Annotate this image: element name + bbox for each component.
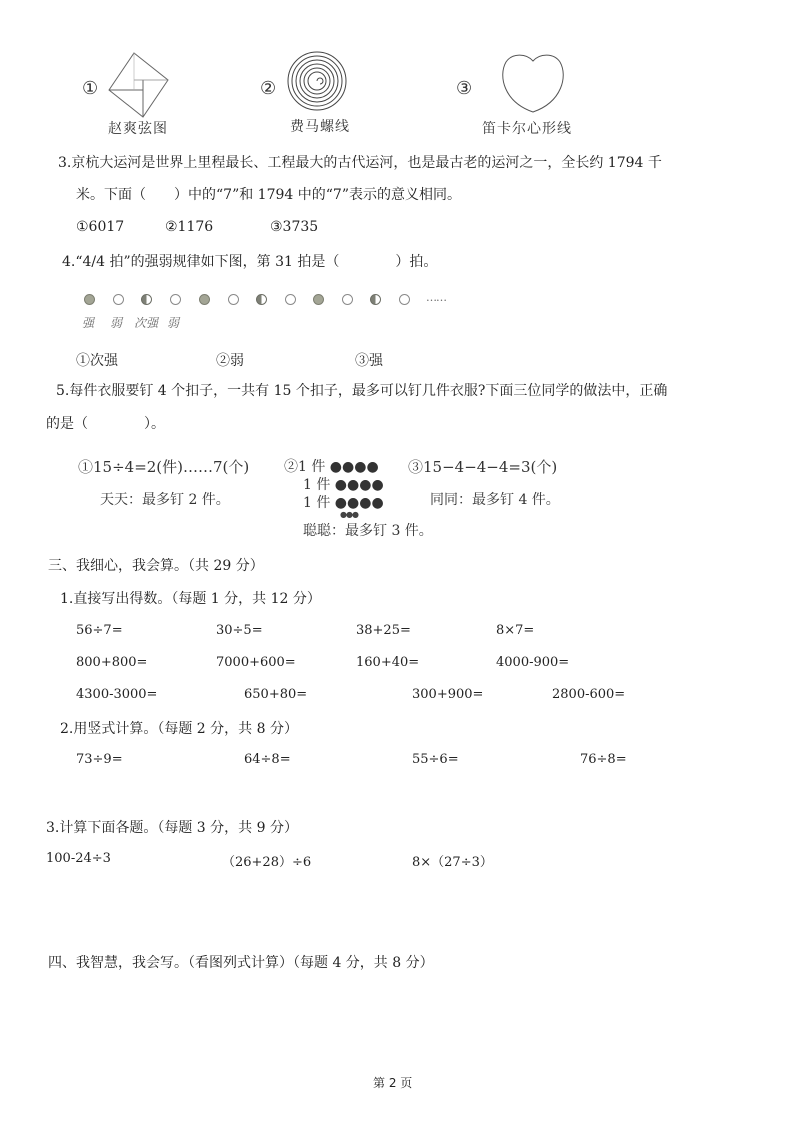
beat-secondary-strong-icon [256, 294, 267, 305]
figure-number: ② [260, 78, 276, 99]
vertical-calc-item: 76÷8= [580, 752, 627, 767]
calc-item: 30÷5= [216, 623, 263, 638]
calc-item: 800+800= [76, 655, 147, 670]
calc-item: 160+40= [356, 655, 419, 670]
calc-item: 7000+600= [216, 655, 296, 670]
beat-label: 强 [82, 314, 94, 331]
method-row: ②1 件 ●●●● [284, 456, 379, 476]
option-3: ③强 [355, 350, 383, 370]
beat-strong-icon [313, 294, 324, 305]
calc-item: 38+25= [356, 623, 411, 638]
expression-item: （26+28）÷6 [222, 851, 311, 870]
question-text: 米。下面（ ）中的“7”和 1794 中的“7”表示的意义相同。 [76, 185, 461, 205]
question-text: 4.“4/4 拍”的强弱规律如下图，第 31 拍是（ ）拍。 [62, 252, 437, 272]
figure-caption: 费马螺线 [290, 116, 350, 136]
option-3: ③3735 [270, 219, 318, 235]
option-1: ①次强 [76, 350, 118, 370]
section-4-title: 四、我智慧，我会写。（看图列式计算）（每题 4 分，共 8 分） [48, 953, 434, 973]
option-1: ①6017 [76, 219, 124, 235]
zhao-shuang-diagram-icon [108, 52, 170, 118]
method-answer: 聪聪：最多钉 3 件。 [303, 520, 433, 540]
calc-item: 300+900= [412, 687, 483, 702]
beat-secondary-strong-icon [370, 294, 381, 305]
question-text: 5.每件衣服要钉 4 个扣子，一共有 15 个扣子，最多可以钉几件衣服?下面三位… [56, 381, 667, 401]
vertical-calc-item: 64÷8= [244, 752, 291, 767]
beat-weak-icon [399, 294, 410, 305]
figure-caption: 笛卡尔心形线 [482, 118, 572, 138]
question-text: 3.京杭大运河是世界上里程最长、工程最大的古代运河，也是最古老的运河之一，全长约… [58, 153, 662, 173]
cardioid-icon [500, 52, 566, 114]
question-text: 的是（ ）。 [46, 414, 165, 434]
fermat-spiral-icon [286, 50, 348, 112]
figure-number: ① [82, 78, 98, 99]
option-2: ②弱 [216, 350, 244, 370]
beat-weak-icon [170, 294, 181, 305]
section-title: 三、我细心，我会算。（共 29 分） [48, 556, 264, 576]
option-2: ②1176 [165, 219, 213, 235]
method-answer: 天天：最多钉 2 件。 [100, 489, 230, 509]
vertical-calc-item: 73÷9= [76, 752, 123, 767]
figure-number: ③ [456, 78, 472, 99]
method-row: 1 件 ●●●● [303, 492, 384, 512]
beat-weak-icon [113, 294, 124, 305]
beat-label: 弱 [167, 314, 179, 331]
figure-caption: 赵爽弦图 [108, 118, 168, 138]
part-title: 1.直接写出得数。（每题 1 分，共 12 分） [60, 589, 321, 609]
calc-item: 56÷7= [76, 623, 123, 638]
remainder-dots: ●●● [340, 510, 358, 519]
beat-strong-icon [84, 294, 95, 305]
calc-item: 4300-3000= [76, 687, 157, 702]
ellipsis: …… [426, 291, 446, 304]
calc-item: 4000-900= [496, 655, 569, 670]
beat-secondary-strong-icon [141, 294, 152, 305]
method-formula: ③15−4−4−4=3(个) [408, 456, 557, 477]
calc-item: 8×7= [496, 623, 534, 638]
beat-label: 弱 [110, 314, 122, 331]
expression-item: 100-24÷3 [46, 851, 111, 866]
part-title: 2.用竖式计算。（每题 2 分，共 8 分） [60, 719, 298, 739]
beat-weak-icon [228, 294, 239, 305]
beat-strong-icon [199, 294, 210, 305]
beat-weak-icon [285, 294, 296, 305]
method-answer: 同同：最多钉 4 件。 [430, 489, 560, 509]
expression-item: 8×（27÷3） [412, 851, 493, 870]
beat-weak-icon [342, 294, 353, 305]
page-number: 第 2 页 [373, 1074, 412, 1091]
method-formula: ①15÷4=2(件)……7(个) [78, 456, 249, 477]
part-title: 3.计算下面各题。（每题 3 分，共 9 分） [46, 818, 298, 838]
beat-label: 次强 [134, 314, 158, 331]
method-row: 1 件 ●●●● [303, 474, 384, 494]
vertical-calc-item: 55÷6= [412, 752, 459, 767]
calc-item: 650+80= [244, 687, 307, 702]
calc-item: 2800-600= [552, 687, 625, 702]
